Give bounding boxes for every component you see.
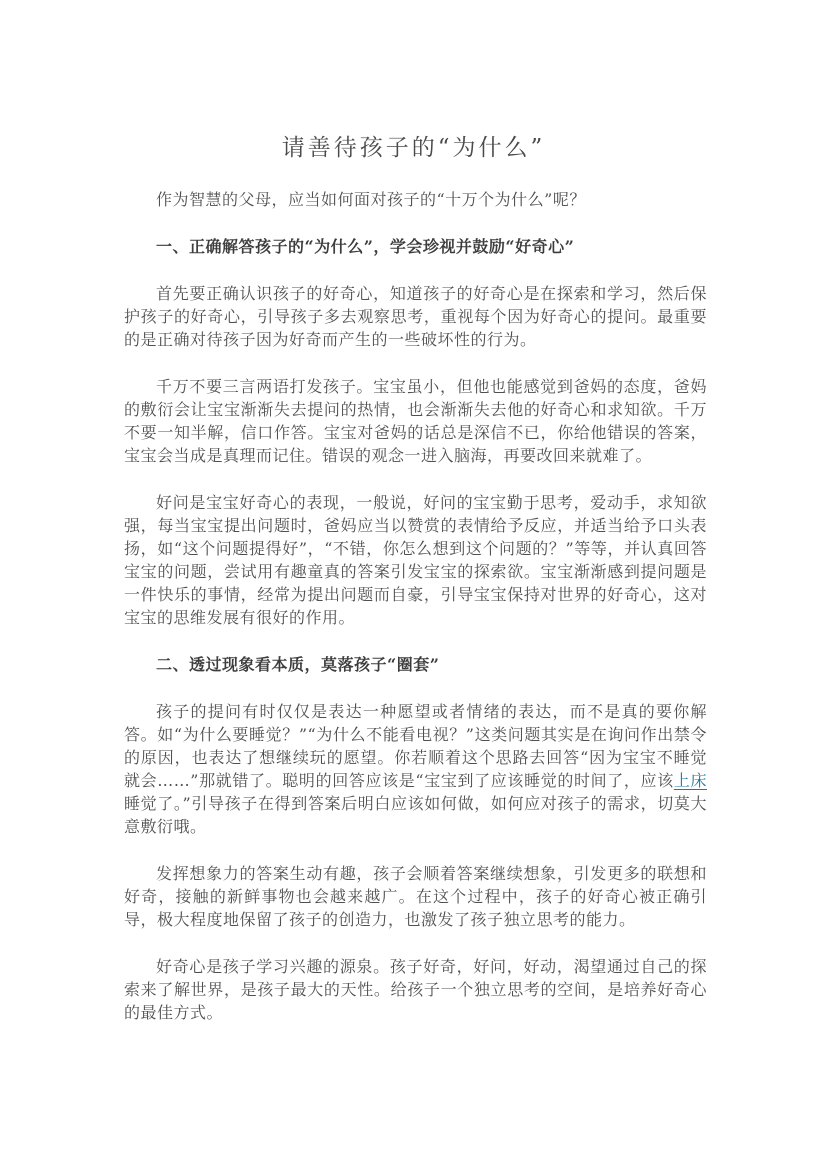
inline-link[interactable]: 上床 (674, 771, 707, 790)
document-body: 作为智慧的父母，应当如何面对孩子的“十万个为什么”呢？一、正确解答孩子的“为什么… (0, 188, 827, 1024)
paragraph: 作为智慧的父母，应当如何面对孩子的“十万个为什么”呢？ (124, 188, 707, 211)
paragraph: 好奇心是孩子学习兴趣的源泉。孩子好奇，好问，好动，渴望通过自己的探索来了解世界，… (124, 955, 707, 1024)
text-segment: 睡觉了。”引导孩子在得到答案后明白应该如何做，如何应对孩子的需求，切莫大意敷衍哦… (124, 794, 707, 836)
paragraph: 首先要正确认识孩子的好奇心，知道孩子的好奇心是在探索和学习，然后保护孩子的好奇心… (124, 282, 707, 351)
document-page: 请善待孩子的“为什么” 作为智慧的父母，应当如何面对孩子的“十万个为什么”呢？一… (0, 0, 827, 1170)
section-heading: 二、透过现象看本质，莫落孩子“圈套” (124, 653, 707, 676)
text-segment: 孩子的提问有时仅仅是表达一种愿望或者情绪的表达，而不是真的要你解答。如“为什么要… (124, 702, 707, 790)
paragraph: 发挥想象力的答案生动有趣，孩子会顺着答案继续想象，引发更多的联想和好奇，接触的新… (124, 862, 707, 931)
document-title: 请善待孩子的“为什么” (0, 132, 827, 164)
paragraph: 好问是宝宝好奇心的表现，一般说，好问的宝宝勤于思考，爱动手，求知欲强，每当宝宝提… (124, 491, 707, 629)
section-heading: 一、正确解答孩子的“为什么”，学会珍视并鼓励“好奇心” (124, 235, 707, 258)
paragraph: 孩子的提问有时仅仅是表达一种愿望或者情绪的表达，而不是真的要你解答。如“为什么要… (124, 700, 707, 838)
paragraph: 千万不要三言两语打发孩子。宝宝虽小，但他也能感觉到爸妈的态度，爸妈的敷衍会让宝宝… (124, 375, 707, 467)
